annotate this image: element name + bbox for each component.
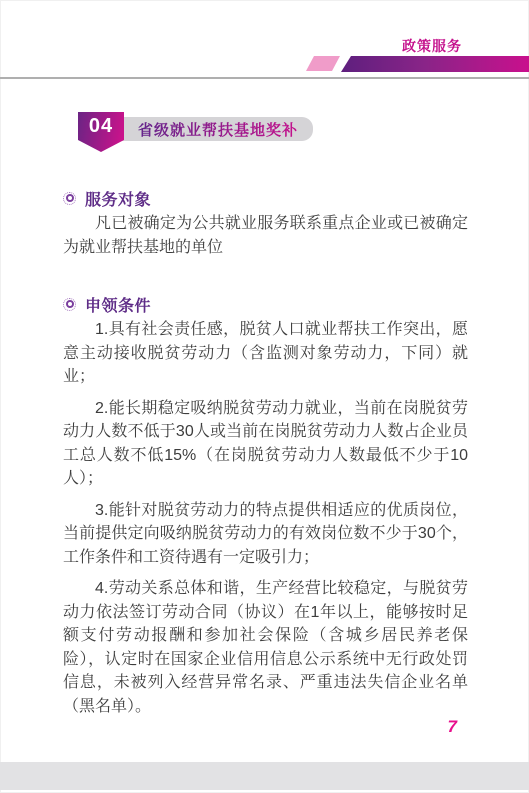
policy-document-page: 政策服务 省级就业帮扶基地奖补 04 服务对象 凡已被确定为公共就业服务联系重点… bbox=[0, 0, 529, 793]
condition-item-4: 4.劳动关系总体和谐，生产经营比较稳定，与脱贫劳动力依法签订劳动合同（协议）在1… bbox=[63, 577, 468, 718]
ring-bullet-inner bbox=[66, 194, 74, 202]
header-gradient-bar bbox=[341, 56, 529, 72]
section-number-badge: 04 bbox=[78, 112, 124, 152]
page-number: 7 bbox=[448, 717, 457, 737]
footer-gray-strip bbox=[0, 762, 529, 790]
ring-bullet-icon bbox=[63, 298, 76, 311]
heading-application-conditions: 申领条件 bbox=[85, 293, 151, 316]
condition-item-2: 2.能长期稳定吸纳脱贫劳动力就业，当前在岗脱贫劳动力人数不低于30人或当前在岗脱… bbox=[63, 397, 468, 491]
ring-bullet-icon bbox=[63, 192, 76, 205]
page-content: 服务对象 凡已被确定为公共就业服务联系重点企业或已被确定为就业帮扶基地的单位 申… bbox=[63, 188, 468, 718]
header-label: 政策服务 bbox=[402, 36, 462, 56]
service-targets-paragraph: 凡已被确定为公共就业服务联系重点企业或已被确定为就业帮扶基地的单位 bbox=[63, 212, 468, 259]
section-title: 省级就业帮扶基地奖补 bbox=[138, 119, 298, 140]
header-divider-line bbox=[0, 77, 529, 79]
block-heading-service-targets: 服务对象 bbox=[63, 188, 468, 208]
section-number: 04 bbox=[89, 112, 113, 152]
ring-bullet-inner bbox=[66, 300, 74, 308]
condition-item-3: 3.能针对脱贫劳动力的特点提供相适应的优质岗位，当前提供定向吸纳脱贫劳动力的有效… bbox=[63, 499, 468, 570]
heading-service-targets: 服务对象 bbox=[85, 187, 151, 210]
header-pink-parallelogram bbox=[306, 56, 340, 71]
section-service-targets: 服务对象 凡已被确定为公共就业服务联系重点企业或已被确定为就业帮扶基地的单位 bbox=[63, 188, 468, 259]
block-heading-application-conditions: 申领条件 bbox=[63, 294, 468, 314]
condition-item-1: 1.具有社会责任感，脱贫人口就业帮扶工作突出，愿意主动接收脱贫劳动力（含监测对象… bbox=[63, 318, 468, 389]
section-application-conditions: 申领条件 1.具有社会责任感，脱贫人口就业帮扶工作突出，愿意主动接收脱贫劳动力（… bbox=[63, 294, 468, 718]
